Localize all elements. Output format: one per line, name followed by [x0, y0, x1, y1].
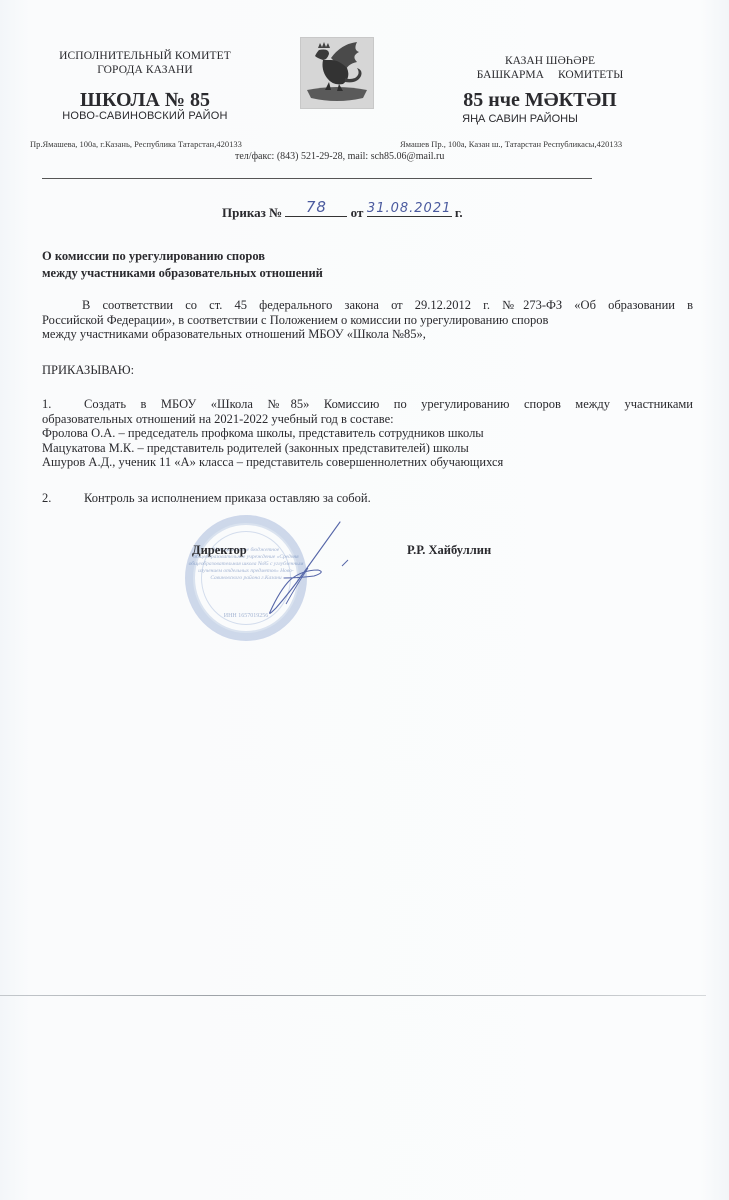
preamble-paragraph: В соответствии со ст. 45 федерального за…: [42, 298, 693, 342]
preamble-line3: между участниками образовательных отноше…: [42, 327, 693, 342]
right-district: ЯҢА САВИН РАЙОНЫ: [440, 113, 600, 125]
director-position: Директор: [192, 543, 247, 558]
member-item: Ашуров А.Д., ученик 11 «А» класса – пред…: [42, 455, 693, 470]
left-address: Пр.Ямашева, 100а, г.Казань, Республика Т…: [30, 139, 242, 149]
left-org-name: ИСПОЛНИТЕЛЬНЫЙ КОМИТЕТ ГОРОДА КАЗАНИ: [40, 49, 250, 77]
right-org-name: КАЗАН ШӘҺӘРЕ БАШКАРМАКОМИТЕТЫ: [450, 54, 650, 82]
item2-number: 2.: [42, 491, 84, 506]
left-org-line1: ИСПОЛНИТЕЛЬНЫЙ КОМИТЕТ: [40, 49, 250, 63]
decree-word: ПРИКАЗЫВАЮ:: [42, 363, 134, 378]
order-year-suffix: г.: [455, 205, 463, 220]
member-item: Фролова О.А. – председатель профкома шко…: [42, 426, 693, 441]
right-org-line1: КАЗАН ШӘҺӘРЕ: [450, 54, 650, 68]
title-line1: О комиссии по урегулированию споров: [42, 248, 323, 265]
title-line2: между участниками образовательных отноше…: [42, 265, 323, 282]
member-item: Мацукатова М.К. – представитель родителе…: [42, 441, 693, 456]
item1-line2: образовательных отношений на 2021-2022 у…: [42, 412, 693, 427]
handwritten-signature: [240, 520, 350, 630]
preamble-line2: Российской Федерации», в соответствии с …: [42, 313, 693, 328]
item1-number: 1.: [42, 397, 84, 412]
order-heading: Приказ № 78 от 31.08.2021 г.: [222, 202, 463, 221]
order-number-handwritten: 78: [306, 198, 327, 216]
scan-edge-line: [0, 995, 706, 996]
preamble-line1: В соответствии со ст. 45 федерального за…: [42, 298, 693, 313]
order-item-1: 1.Создать в МБОУ «Школа №85» Комиссию по…: [42, 397, 693, 470]
order-item-2: 2.Контроль за исполнением приказа оставл…: [42, 491, 371, 506]
contacts-line: тел/факс: (843) 521-29-28, mail: sch85.0…: [235, 151, 444, 162]
left-org-line2: ГОРОДА КАЗАНИ: [40, 63, 250, 77]
order-date-field: 31.08.2021: [367, 202, 452, 217]
right-address: Ямашев Пр., 100а, Казан ш., Татарстан Ре…: [400, 139, 622, 149]
coat-of-arms-icon: [300, 37, 374, 109]
order-title: О комиссии по урегулированию споров межд…: [42, 248, 323, 282]
left-district: НОВО-САВИНОВСКИЙ РАЙОН: [40, 110, 250, 122]
order-label: Приказ №: [222, 205, 282, 220]
order-from-label: от: [351, 205, 364, 220]
right-org-line2: БАШКАРМАКОМИТЕТЫ: [450, 68, 650, 82]
item1-line1: 1.Создать в МБОУ «Школа №85» Комиссию по…: [42, 397, 693, 412]
left-school-name: ШКОЛА № 85: [40, 89, 250, 112]
item2-text: Контроль за исполнением приказа оставляю…: [84, 491, 371, 505]
director-name: Р.Р. Хайбуллин: [407, 543, 491, 558]
document-page: ИСПОЛНИТЕЛЬНЫЙ КОМИТЕТ ГОРОДА КАЗАНИ ШКО…: [0, 0, 729, 1200]
right-school-name: 85 нче МӘКТӘП: [440, 89, 640, 112]
order-date-handwritten: 31.08.2021: [367, 201, 451, 216]
order-number-field: 78: [285, 202, 347, 217]
header-divider: [42, 178, 592, 179]
